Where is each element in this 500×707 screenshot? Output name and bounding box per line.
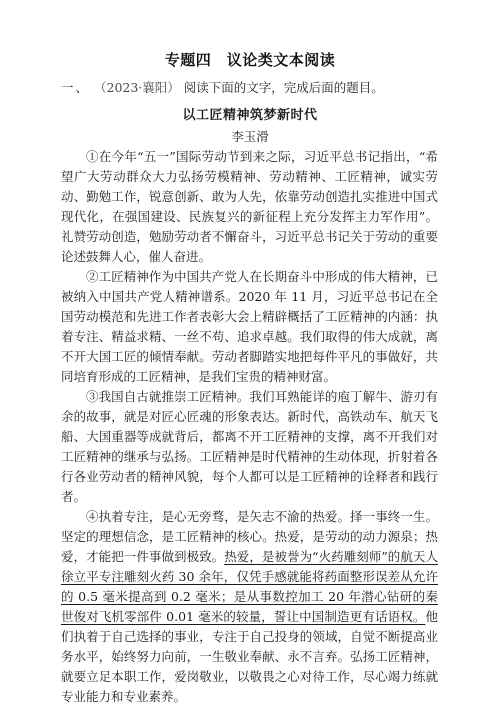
article-paragraph: ③我国自古就推崇工匠精神。我们耳熟能详的庖丁解牛、游刃有余的故事，就是对匠心匠魂… (61, 387, 438, 507)
exam-source-label: （2023·襄阳） (94, 80, 180, 95)
article-author: 李玉滑 (0, 127, 500, 147)
article-paragraph: ②工匠精神作为中国共产党人在长期奋斗中形成的伟大精神，已被纳入中国共产党人精神谱… (61, 267, 438, 387)
article-paragraph: ④执着专注，是心无旁骛，是矢志不渝的热爱。择一事终一生。坚定的理想信念，是工匠精… (61, 507, 438, 707)
paragraph-text: ①在今年“五一”国际劳动节到来之际，习近平总书记指出，“希望广大劳动群众大力弘扬… (61, 149, 438, 264)
article-body: ①在今年“五一”国际劳动节到来之际，习近平总书记指出，“希望广大劳动群众大力弘扬… (61, 147, 438, 707)
article-title: 以工匠精神筑梦新时代 (0, 106, 500, 126)
paragraph-text: ③我国自古就推崇工匠精神。我们耳熟能详的庖丁解牛、游刃有余的故事，就是对匠心匠魂… (61, 389, 438, 504)
paragraph-text: ②工匠精神作为中国共产党人在长期奋斗中形成的伟大精神，已被纳入中国共产党人精神谱… (61, 269, 438, 384)
section-instruction: 阅读下面的文字，完成后面的题目。 (184, 80, 384, 95)
document-page: 专题四 议论类文本阅读 一、 （2023·襄阳） 阅读下面的文字，完成后面的题目… (0, 0, 500, 707)
section-number: 一、 (61, 80, 90, 95)
section-intro: 一、 （2023·襄阳） 阅读下面的文字，完成后面的题目。 (61, 78, 438, 98)
article-paragraph: ①在今年“五一”国际劳动节到来之际，习近平总书记指出，“希望广大劳动群众大力弘扬… (61, 147, 438, 267)
page-title: 专题四 议论类文本阅读 (0, 0, 500, 70)
